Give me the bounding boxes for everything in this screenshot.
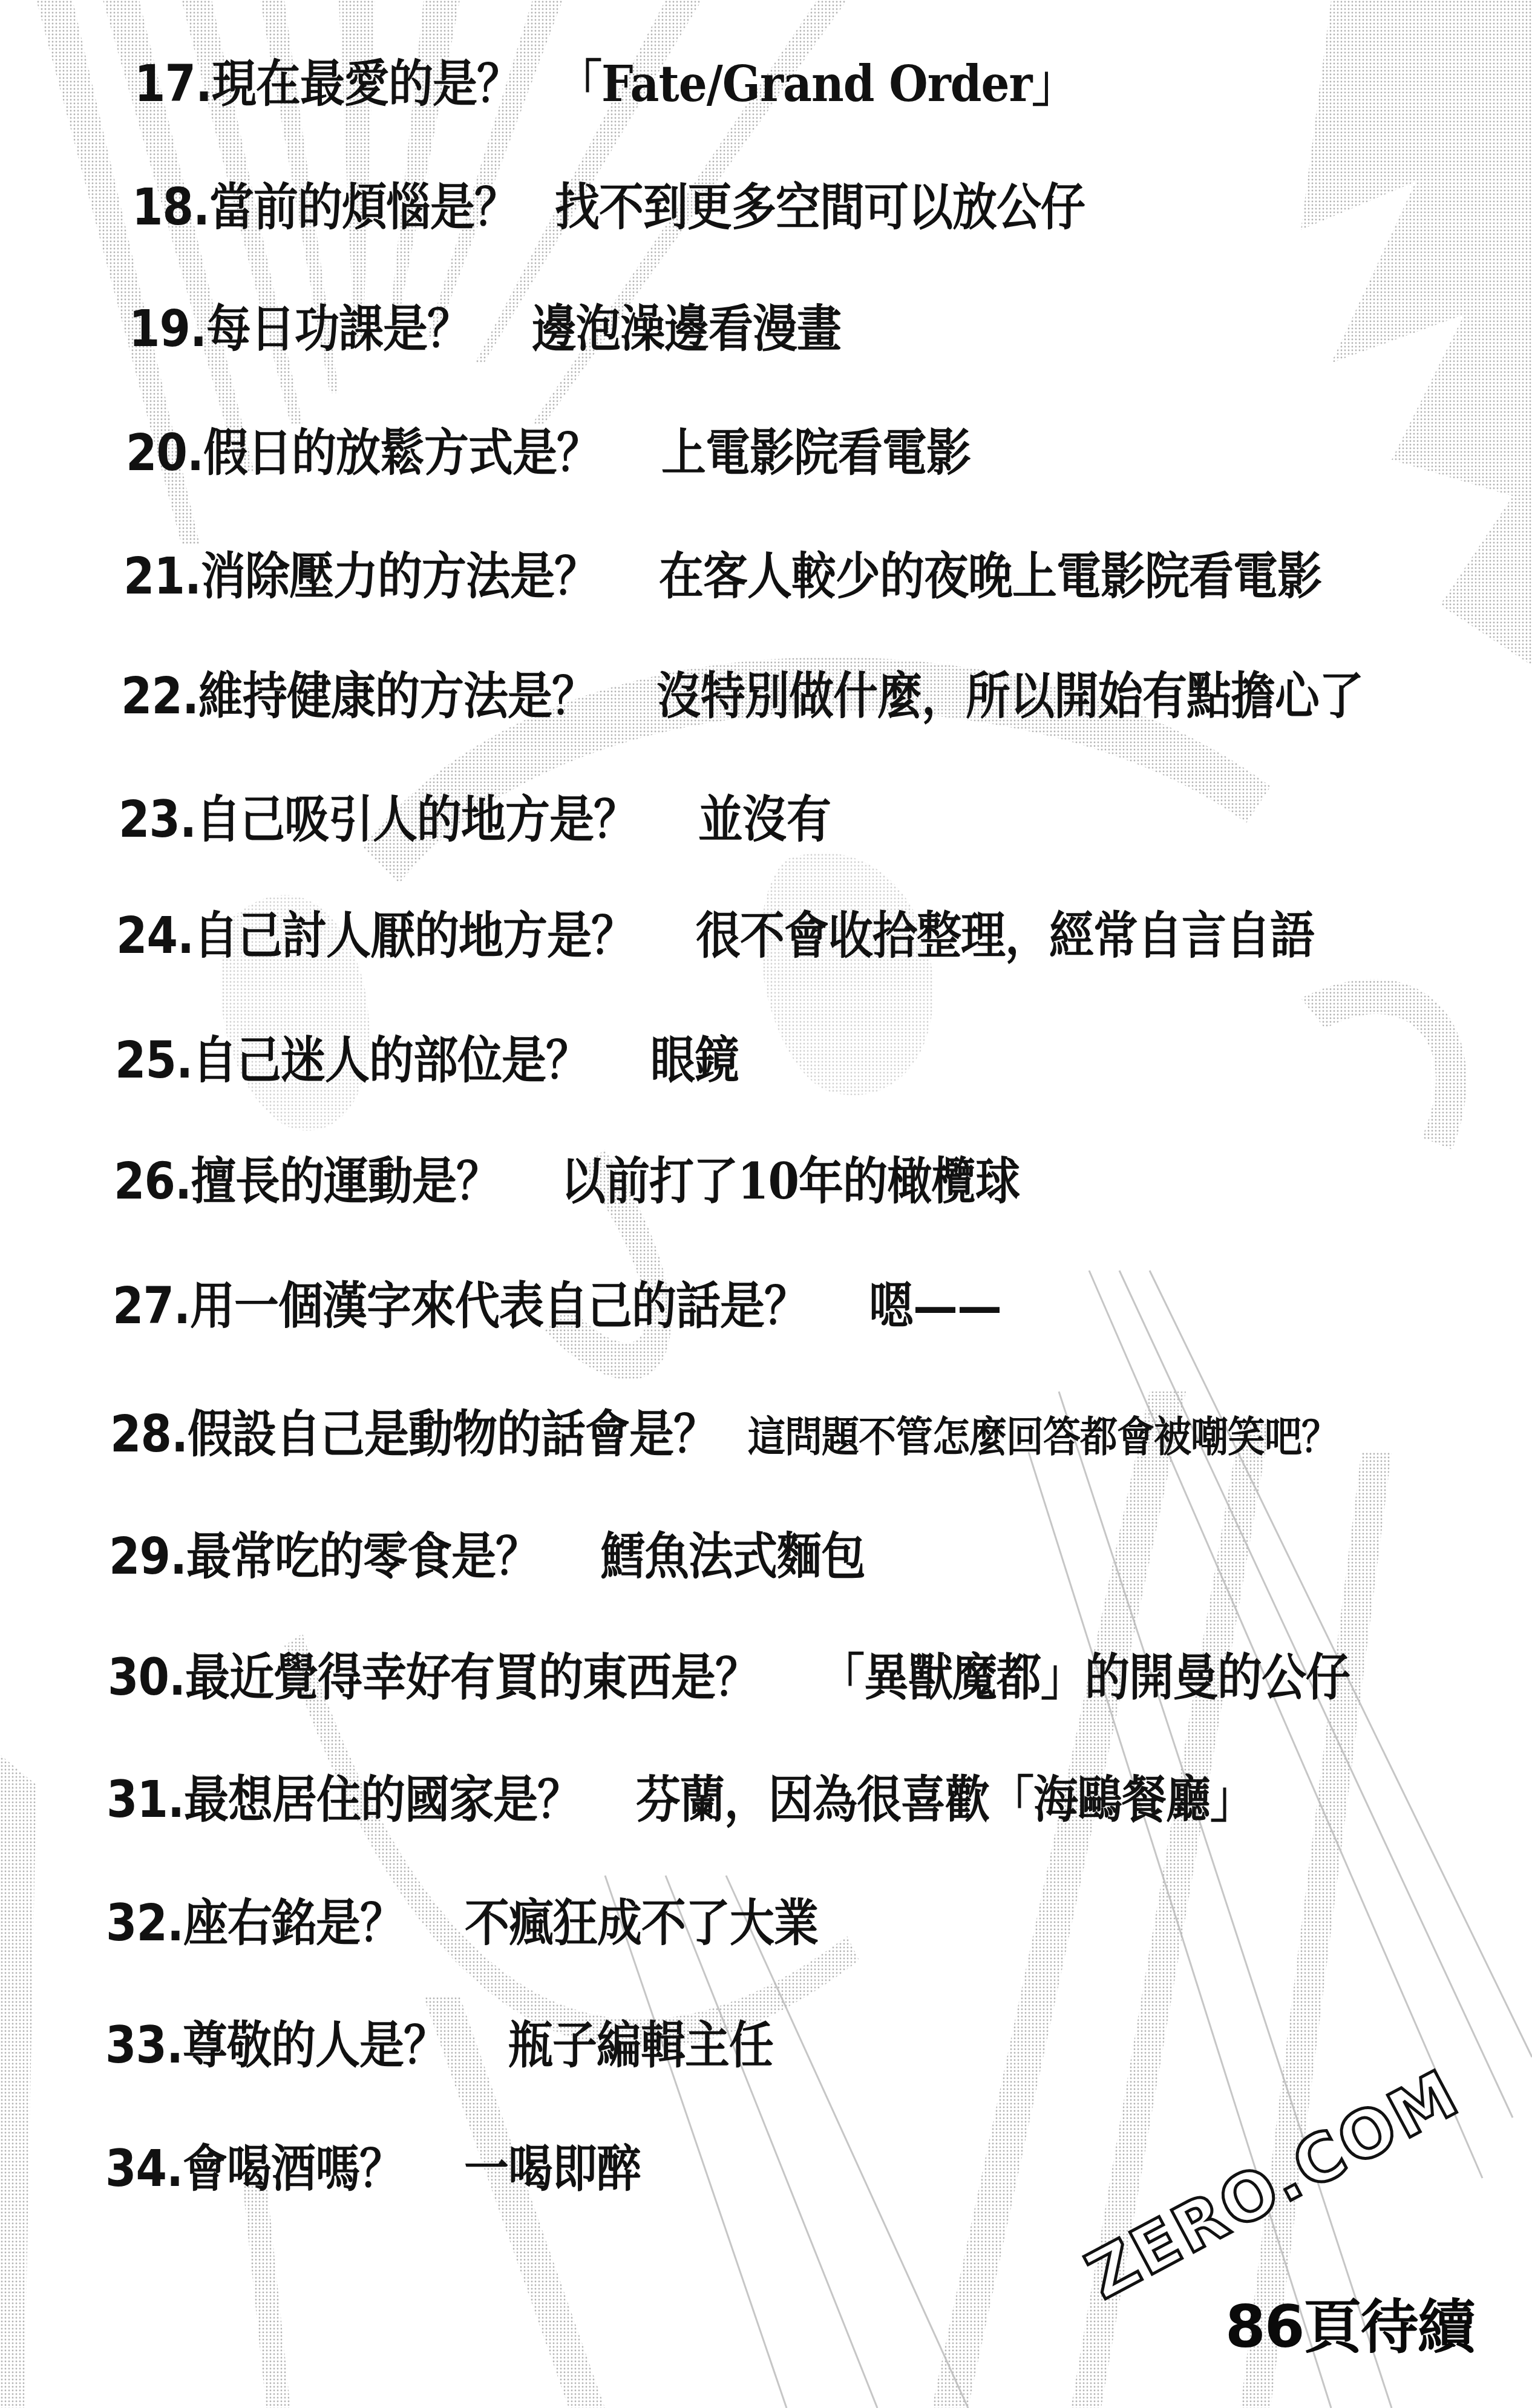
answer-text: 瓶子編輯主任	[508, 2017, 773, 2075]
question-number: 24.	[116, 907, 194, 965]
question-text: 擅長的運動是？	[191, 1153, 500, 1211]
question-number: 23.	[119, 791, 196, 849]
question-number: 28.	[110, 1405, 188, 1464]
question-number: 33.	[105, 2017, 183, 2075]
qa-item-26: 26.擅長的運動是？以前打了10年的橄欖球	[114, 1157, 1020, 1207]
question-number: 32.	[106, 1894, 183, 1952]
qa-item-23: 23.自己吸引人的地方是？並沒有	[119, 795, 831, 845]
question-text: 尊敬的人是？	[183, 2017, 448, 2075]
question-number: 20.	[126, 424, 203, 482]
answer-text: 很不會收拾整理，經常自言自語	[696, 907, 1314, 965]
question-number: 18.	[132, 178, 209, 237]
question-text: 最想居住的國家是？	[184, 1771, 581, 1829]
question-text: 會喝酒嗎？	[183, 2140, 404, 2198]
qa-item-29: 29.最常吃的零食是？鱈魚法式麵包	[109, 1532, 865, 1582]
qa-item-18: 18.當前的煩惱是？找不到更多空間可以放公仔	[132, 183, 1085, 233]
question-text: 用一個漢字來代表自己的話是？	[190, 1277, 808, 1335]
answer-text: 不瘋狂成不了大業	[465, 1894, 818, 1952]
qa-item-28: 28.假設自己是動物的話會是？這問題不管怎麼回答都會被嘲笑吧？	[110, 1410, 1338, 1460]
question-text: 自己迷人的部位是？	[192, 1032, 590, 1090]
question-text: 假日的放鬆方式是？	[203, 424, 601, 482]
answer-text: 邊泡澡邊看漫畫	[532, 300, 841, 358]
answer-text: 找不到更多空間可以放公仔	[555, 178, 1085, 237]
answer-text: 上電影院看電影	[661, 424, 971, 482]
question-number: 21.	[123, 548, 201, 606]
qa-item-20: 20.假日的放鬆方式是？上電影院看電影	[126, 428, 971, 479]
answer-text: 眼鏡	[650, 1032, 739, 1090]
qa-item-24: 24.自己討人厭的地方是？很不會收拾整理，經常自言自語	[116, 911, 1314, 961]
questionnaire-list: 17.現在最愛的是？「Fate/Grand Order」 18.當前的煩惱是？找…	[0, 0, 1532, 2408]
answer-text: 一喝即醉	[464, 2140, 641, 2198]
question-text: 消除壓力的方法是？	[201, 548, 598, 606]
answer-text: 這問題不管怎麼回答都會被嘲笑吧？	[748, 1412, 1338, 1462]
question-text: 每日功課是？	[206, 300, 471, 358]
qa-item-17: 17.現在最愛的是？「Fate/Grand Order」	[134, 59, 1076, 110]
answer-text: 並沒有	[698, 791, 831, 849]
qa-item-32: 32.座右銘是？不瘋狂成不了大業	[106, 1899, 818, 1949]
answer-text: 鱈魚法式麵包	[600, 1528, 865, 1586]
qa-item-22: 22.維持健康的方法是？沒特別做什麼，所以開始有點擔心了	[121, 672, 1363, 722]
answer-text: 「Fate/Grand Order」	[557, 55, 1076, 113]
qa-item-33: 33.尊敬的人是？瓶子編輯主任	[105, 2021, 773, 2071]
answer-text: 芬蘭，因為很喜歡「海鷗餐廳」	[636, 1771, 1254, 1829]
answer-text: 在客人較少的夜晚上電影院看電影	[659, 548, 1321, 606]
question-text: 維持健康的方法是？	[198, 667, 596, 725]
continued-on-page-label: 86頁待續	[1225, 2281, 1475, 2364]
question-number: 29.	[109, 1528, 186, 1586]
qa-item-31: 31.最想居住的國家是？芬蘭，因為很喜歡「海鷗餐廳」	[106, 1775, 1254, 1825]
answer-text: 沒特別做什麼，所以開始有點擔心了	[656, 667, 1363, 725]
question-text: 座右銘是？	[183, 1894, 404, 1952]
question-number: 19.	[129, 300, 206, 358]
question-number: 17.	[134, 55, 212, 113]
qa-item-19: 19.每日功課是？邊泡澡邊看漫畫	[129, 304, 841, 355]
qa-item-25: 25.自己迷人的部位是？眼鏡	[115, 1036, 739, 1086]
qa-item-30: 30.最近覺得幸好有買的東西是？「異獸魔都」的開曼的公仔	[108, 1653, 1350, 1703]
qa-item-27: 27.用一個漢字來代表自己的話是？嗯——	[113, 1281, 1001, 1332]
question-number: 22.	[121, 667, 198, 725]
question-text: 當前的煩惱是？	[209, 178, 519, 237]
answer-text: 「異獸魔都」的開曼的公仔	[820, 1649, 1350, 1707]
question-number: 25.	[115, 1032, 192, 1090]
question-number: 27.	[113, 1277, 190, 1335]
qa-item-21: 21.消除壓力的方法是？在客人較少的夜晚上電影院看電影	[123, 552, 1321, 602]
question-number: 31.	[106, 1771, 184, 1829]
question-text: 自己吸引人的地方是？	[196, 791, 638, 849]
question-text: 假設自己是動物的話會是？	[188, 1405, 718, 1464]
question-text: 最近覺得幸好有買的東西是？	[185, 1649, 759, 1707]
question-number: 26.	[114, 1153, 191, 1211]
answer-text: 嗯——	[869, 1277, 1001, 1335]
question-text: 最常吃的零食是？	[186, 1528, 540, 1586]
question-text: 現在最愛的是？	[212, 55, 521, 113]
qa-item-34: 34.會喝酒嗎？一喝即醉	[105, 2144, 641, 2194]
question-number: 30.	[108, 1649, 185, 1707]
question-text: 自己討人厭的地方是？	[194, 907, 635, 965]
answer-text: 以前打了10年的橄欖球	[561, 1153, 1020, 1211]
question-number: 34.	[105, 2140, 183, 2198]
